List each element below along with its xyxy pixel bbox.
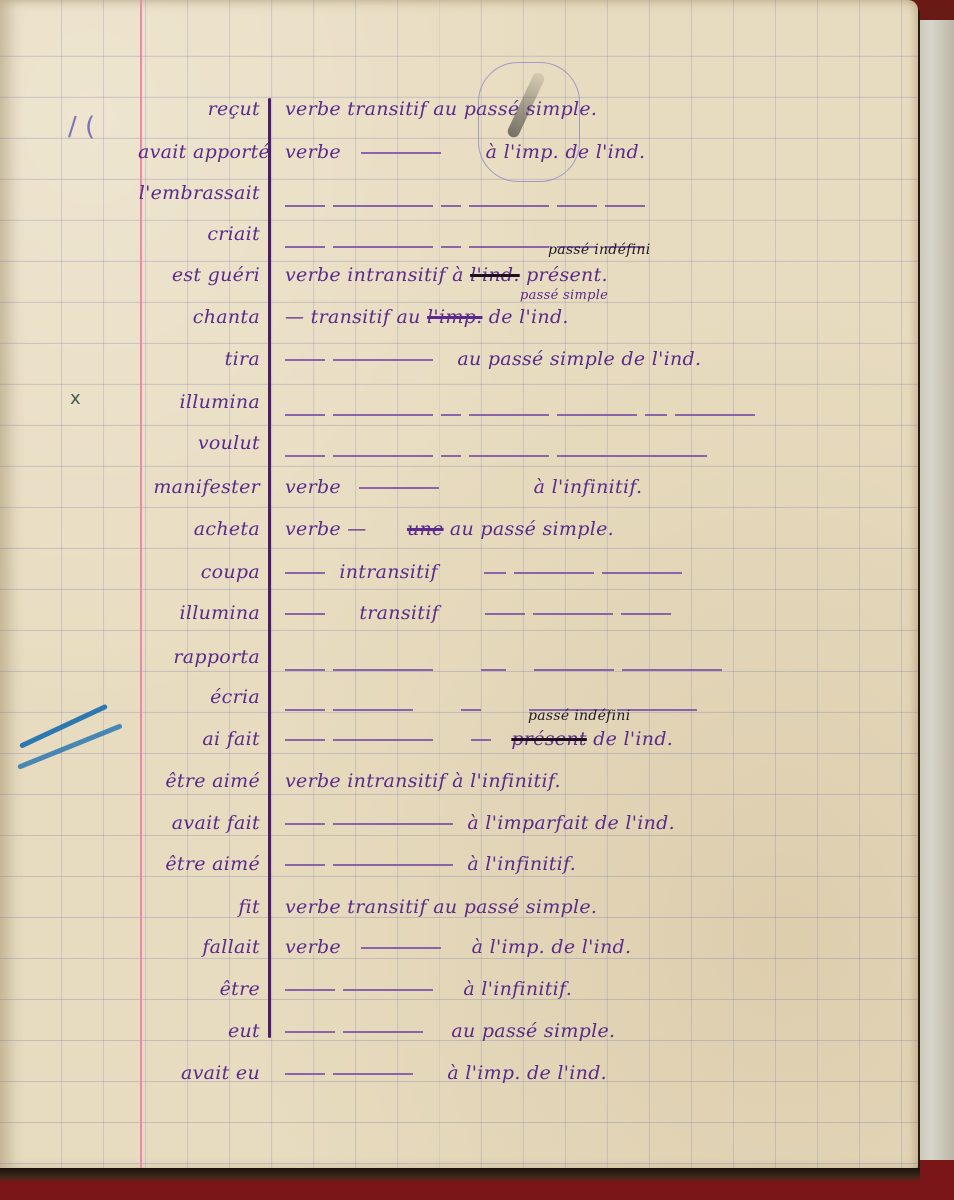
verb-analysis: à l'infinitif. xyxy=(285,853,576,875)
analysis-tense: à l'imparfait de l'ind. xyxy=(467,812,675,834)
analysis-text: présent. xyxy=(526,264,608,286)
analysis-tense: à l'infinitif. xyxy=(534,476,643,498)
verb-analysis: verbe à l'imp. de l'ind. xyxy=(285,936,631,958)
student-correction: passé simple xyxy=(520,288,608,303)
verb-analysis: verbe transitif au passé simple. xyxy=(285,98,597,120)
exercise-row: illumina transitif xyxy=(0,596,918,636)
analysis-nature: verbe xyxy=(285,936,341,958)
verb-analysis: verbe intransitif à l'ind. présent. xyxy=(285,264,608,286)
verb-analysis: à l'infinitif. xyxy=(285,978,572,1000)
exercise-row: avait fait à l'imparfait de l'ind. xyxy=(0,806,918,846)
exercise-row: criait xyxy=(0,217,918,257)
verb-analysis: verbe à l'imp. de l'ind. xyxy=(285,141,645,163)
verb-analysis: verbe à l'infinitif. xyxy=(285,476,642,498)
verb-word: illumina xyxy=(138,391,268,413)
ditto-dashes xyxy=(285,403,763,425)
verb-analysis: verbe transitif au passé simple. xyxy=(285,896,597,918)
analysis-text: — transitif au xyxy=(285,306,421,328)
verb-word: acheta xyxy=(138,518,268,540)
exercise-row: illumina xyxy=(0,385,918,425)
verb-word: fit xyxy=(138,896,268,918)
exercise-row: fallait verbe à l'imp. de l'ind. xyxy=(0,930,918,970)
verb-word: chanta xyxy=(138,306,268,328)
verb-analysis: à l'imparfait de l'ind. xyxy=(285,812,675,834)
verb-word: avait eu xyxy=(138,1062,268,1084)
exercise-row: fit verbe transitif au passé simple. xyxy=(0,890,918,930)
struck-text: l'ind. xyxy=(470,264,520,286)
exercise-row: rapporta xyxy=(0,640,918,680)
verb-word: être aimé xyxy=(138,853,268,875)
verb-analysis: au passé simple. xyxy=(285,1020,615,1042)
exercise-row: voulut xyxy=(0,426,918,466)
exercise-row: être aimé verbe intransitif à l'infiniti… xyxy=(0,764,918,804)
struck-text: une xyxy=(407,518,444,540)
verb-word: écria xyxy=(138,686,268,708)
verb-word: est guéri xyxy=(138,264,268,286)
verb-word: fallait xyxy=(138,936,268,958)
analysis-transitivity: transitif xyxy=(359,602,439,624)
verb-word: avait apporté xyxy=(138,141,268,163)
verb-word: illumina xyxy=(138,602,268,624)
ditto-dashes xyxy=(285,194,653,216)
exercise-row: chanta — transitif au l'imp. de l'ind. p… xyxy=(0,300,918,340)
verb-analysis: verbe intransitif à l'infinitif. xyxy=(285,770,561,792)
verb-analysis: transitif xyxy=(285,602,679,624)
exercise-row: être à l'infinitif. xyxy=(0,972,918,1012)
analysis-text: de l'ind. xyxy=(489,306,569,328)
verb-analysis: intransitif xyxy=(285,561,690,583)
exercise-row: reçut verbe transitif au passé simple. xyxy=(0,92,918,132)
exercise-row: écria xyxy=(0,680,918,720)
analysis-tense: au passé simple. xyxy=(451,1020,615,1042)
verb-word: rapporta xyxy=(138,646,268,668)
analysis-text: au passé simple. xyxy=(450,518,614,540)
exercise-row: tira au passé simple de l'ind. xyxy=(0,342,918,382)
verb-word: coupa xyxy=(138,561,268,583)
exercise-row: manifester verbe à l'infinitif. xyxy=(0,470,918,510)
verb-word: criait xyxy=(138,223,268,245)
exercise-row: être aimé à l'infinitif. xyxy=(0,847,918,887)
verb-word: tira xyxy=(138,348,268,370)
analysis-tense: à l'imp. de l'ind. xyxy=(486,141,646,163)
verb-word: voulut xyxy=(138,432,268,454)
analysis-nature: verbe xyxy=(285,476,341,498)
ditto-dashes xyxy=(285,698,705,720)
struck-text: présent xyxy=(511,728,586,750)
verb-word: eut xyxy=(138,1020,268,1042)
exercise-row: l'embrassait xyxy=(0,176,918,216)
verb-analysis: verbe — une au passé simple. xyxy=(285,518,614,540)
verb-analysis: présent de l'ind. xyxy=(285,728,673,750)
verb-analysis: à l'imp. de l'ind. xyxy=(285,1062,607,1084)
analysis-tense: à l'infinitif. xyxy=(463,978,572,1000)
notebook-page: / ( x reçut verbe transitif au passé sim… xyxy=(0,0,918,1172)
exercise-row: ai fait présent de l'ind. passé indéfini xyxy=(0,722,918,762)
verb-word: être aimé xyxy=(138,770,268,792)
analysis-tense: au passé simple de l'ind. xyxy=(457,348,701,370)
background-next-page-edge xyxy=(915,20,954,1160)
exercise-row: est guéri verbe intransitif à l'ind. pré… xyxy=(0,258,918,298)
analysis-text: verbe — xyxy=(285,518,367,540)
teacher-correction: passé indéfini xyxy=(548,242,651,258)
analysis-nature: verbe xyxy=(285,141,341,163)
analysis-tense: à l'imp. de l'ind. xyxy=(472,936,632,958)
page-bottom-edge xyxy=(0,1168,920,1182)
struck-text: l'imp. xyxy=(427,306,482,328)
analysis-transitivity: intransitif xyxy=(339,561,437,583)
ditto-dashes xyxy=(285,444,715,466)
verb-word: ai fait xyxy=(138,728,268,750)
ditto-dashes xyxy=(285,658,730,680)
analysis-tense: à l'imp. de l'ind. xyxy=(447,1062,607,1084)
verb-analysis: — transitif au l'imp. de l'ind. xyxy=(285,306,569,328)
verb-analysis: au passé simple de l'ind. xyxy=(285,348,701,370)
verb-word: reçut xyxy=(138,98,268,120)
analysis-text: de l'ind. xyxy=(593,728,673,750)
exercise-row: avait apporté verbe à l'imp. de l'ind. xyxy=(0,135,918,175)
exercise-row: coupa intransitif xyxy=(0,555,918,595)
ditto-dash xyxy=(361,152,441,154)
verb-word: l'embrassait xyxy=(138,182,268,204)
analysis-text: verbe intransitif à xyxy=(285,264,464,286)
exercise-row: acheta verbe — une au passé simple. xyxy=(0,512,918,552)
verb-word: être xyxy=(138,978,268,1000)
exercise-row: avait eu à l'imp. de l'ind. xyxy=(0,1056,918,1096)
verb-word: manifester xyxy=(138,476,268,498)
exercise-row: eut au passé simple. xyxy=(0,1014,918,1054)
analysis-tense: à l'infinitif. xyxy=(467,853,576,875)
verb-word: avait fait xyxy=(138,812,268,834)
teacher-correction: passé indéfini xyxy=(528,708,631,724)
